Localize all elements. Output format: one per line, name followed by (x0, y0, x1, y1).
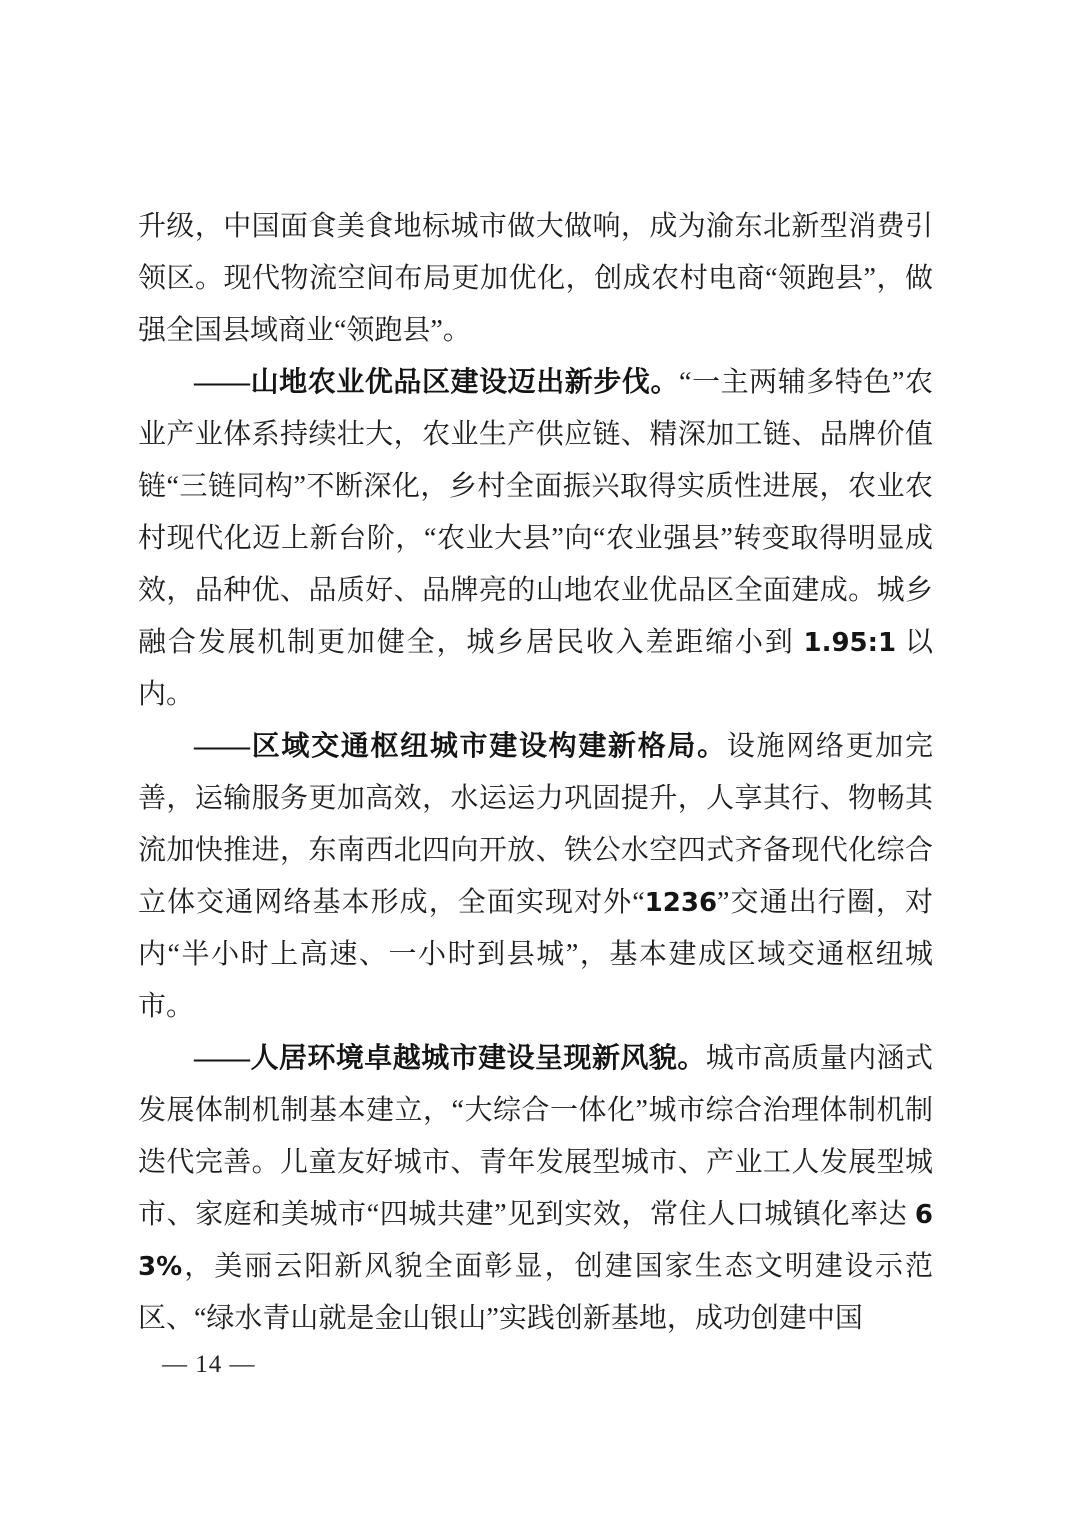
paragraph-text: ，美丽云阳新风貌全面彰显，创建国家生态文明建设示范区、“绿水青山就是金山银山”实… (138, 1251, 933, 1334)
paragraph-heading: ——山地农业优品区建设迈出新步伐。 (194, 367, 679, 398)
numeric-text: 1236 (645, 888, 717, 918)
paragraph-heading: ——区域交通枢纽城市建设构建新格局。 (194, 731, 727, 762)
paragraph: ——山地农业优品区建设迈出新步伐。“一主两辅多特色”农业产业体系持续壮大，农业生… (138, 357, 933, 721)
paragraph: ——区域交通枢纽城市建设构建新格局。设施网络更加完善，运输服务更加高效，水运运力… (138, 721, 933, 1033)
paragraph-text: 升级，中国面食美食地标城市做大做响，成为渝东北新型消费引领区。现代物流空间布局更… (138, 211, 933, 346)
document-body: 升级，中国面食美食地标城市做大做响，成为渝东北新型消费引领区。现代物流空间布局更… (138, 201, 933, 1345)
paragraph: 升级，中国面食美食地标城市做大做响，成为渝东北新型消费引领区。现代物流空间布局更… (138, 201, 933, 357)
paragraph: ——人居环境卓越城市建设呈现新风貌。城市高质量内涵式发展体制机制基本建立，“大综… (138, 1033, 933, 1345)
page-number: — 14 — (162, 1350, 256, 1380)
document-page: 升级，中国面食美食地标城市做大做响，成为渝东北新型消费引领区。现代物流空间布局更… (0, 0, 1074, 1520)
paragraph-heading: ——人居环境卓越城市建设呈现新风貌。 (194, 1043, 706, 1074)
numeric-text: 1.95:1 (803, 628, 896, 658)
paragraph-text: “一主两辅多特色”农业产业体系持续壮大，农业生产供应链、精深加工链、品牌价值链“… (138, 367, 933, 658)
